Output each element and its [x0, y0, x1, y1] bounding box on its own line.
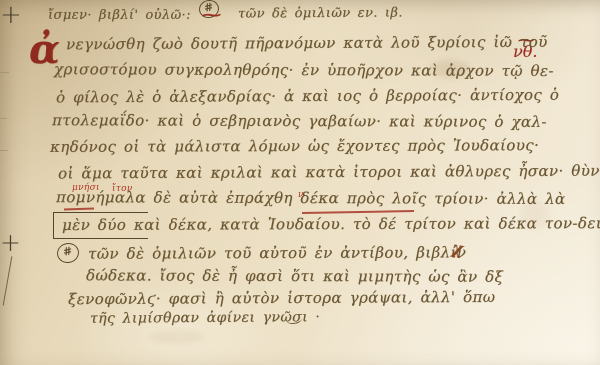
manuscript-line: οἱ ἅμα ταῦτα καὶ κριλαὶ καὶ κατὰ ἱτοροι … [58, 163, 600, 182]
red-underline [302, 210, 414, 214]
red-squiggle-mark: ~ [199, 8, 223, 23]
circled-hash-icon: # [55, 241, 81, 265]
manuscript-line: νεγνώσθη ζωὸ δουτῆ πῆρανόμων κατὰ λοῦ ξυ… [66, 34, 548, 53]
manuscript-line: ἴσμεν· βιβλί' οὐλῶ·: [48, 9, 191, 23]
manuscript-line: ὁ φίλος λὲ ὁ ἀλεξανδρίας· ἀ καὶ ιος ὁ βε… [56, 87, 559, 106]
manuscript-line: τῶν δὲ ὁμιλιῶν τοῦ αὐτοῦ ἐν ἀντίβου, βιβ… [88, 244, 466, 262]
manuscript-line: χρισοστόμου συγκροληθρόης· ἐν ὑποῆρχον κ… [54, 61, 554, 79]
interlinear-correction: ἴτον [112, 185, 133, 194]
chi-margin-mark: χ [451, 240, 464, 258]
red-underline [64, 207, 94, 210]
margin-cross-top: + [0, 0, 22, 30]
manuscript-line: δώδεκα. ἴσος δὲ ἦ φασὶ ὅτι καὶ μιμητὴς ὡ… [86, 267, 503, 285]
edge-tick [0, 72, 9, 73]
interlinear-correction: μνήσι [72, 184, 100, 193]
margin-bracket [53, 212, 148, 239]
paper-stain [150, 330, 205, 344]
edge-tick [0, 118, 7, 119]
manuscript-line: πτολεμαΐδο· καὶ ὁ σεβηριανὸς γαβαίων· κα… [52, 112, 547, 130]
manuscript-line: ξενοφῶνλϛ· φασὶ ἢ αὐτὸν ἱστορα γράψαι, ἀ… [68, 289, 495, 308]
interlinear-check-mark: ν [298, 191, 304, 200]
manuscript-line: κηδόνος οἱ τὰ μάλιστα λόμων ὡς ἔχοντες π… [50, 137, 539, 155]
margin-stroke [3, 256, 13, 305]
edge-tick [0, 150, 8, 151]
manuscript-page: + + ἴσμεν· βιβλί' οὐλῶ·: # ~ τῶν δὲ ὁμιλ… [0, 0, 600, 365]
manuscript-line: τῶν δὲ ὁμιλιῶν εν. ιβ. [238, 6, 403, 21]
margin-cross-mid: + [0, 228, 21, 257]
